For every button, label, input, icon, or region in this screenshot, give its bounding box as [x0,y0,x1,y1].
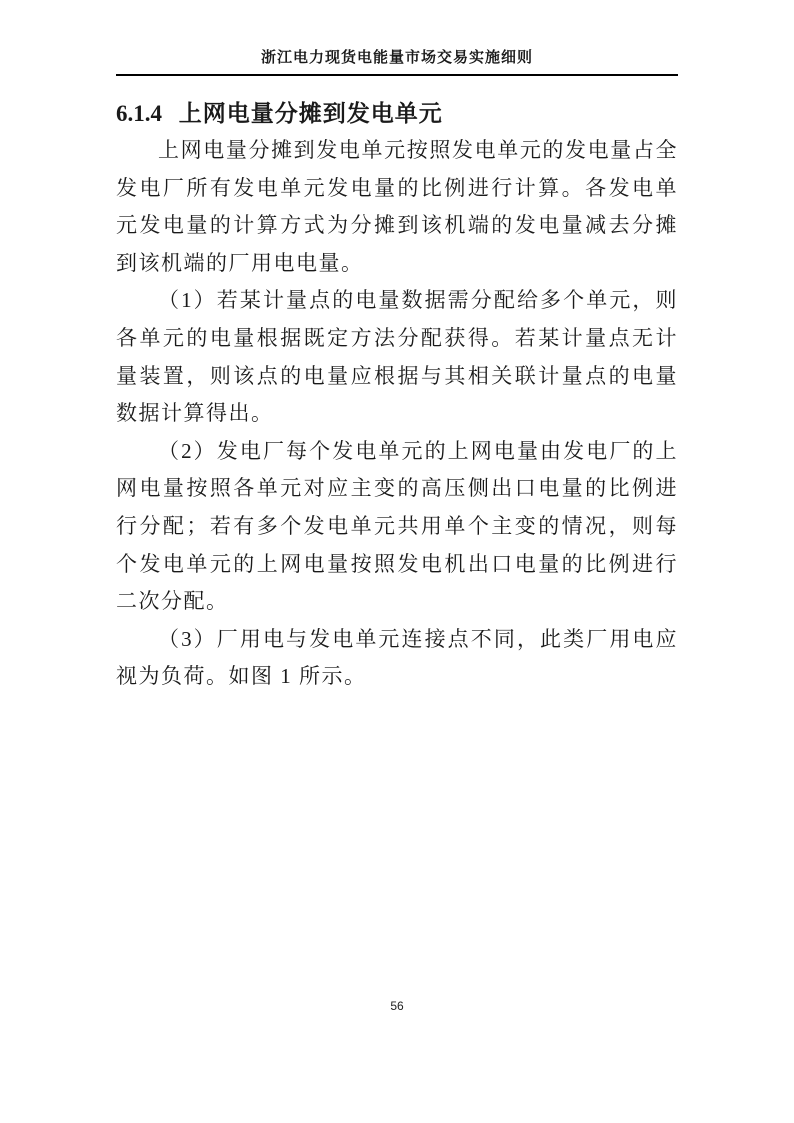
body-paragraph: （2）发电厂每个发电单元的上网电量由发电厂的上网电量按照各单元对应主变的高压侧出… [116,433,678,621]
section-heading: 6.1.4 上网电量分摊到发电单元 [116,100,678,128]
page-number: 56 [390,999,403,1013]
body-paragraph: 上网电量分摊到发电单元按照发电单元的发电量占全发电厂所有发电单元发电量的比例进行… [116,132,678,282]
body-paragraph: （1）若某计量点的电量数据需分配给多个单元，则各单元的电量根据既定方法分配获得。… [116,282,678,432]
section-heading-title: 上网电量分摊到发电单元 [179,101,443,126]
header-title: 浙江电力现货电能量市场交易实施细则 [261,50,533,66]
section-heading-number: 6.1.4 [116,101,162,126]
document-page: 浙江电力现货电能量市场交易实施细则 6.1.4 上网电量分摊到发电单元 上网电量… [0,0,794,1123]
page-content: 6.1.4 上网电量分摊到发电单元 上网电量分摊到发电单元按照发电单元的发电量占… [116,100,678,696]
body-paragraph: （3）厂用电与发电单元连接点不同，此类厂用电应视为负荷。如图 1 所示。 [116,621,678,696]
page-footer: 56 [0,998,794,1014]
page-header: 浙江电力现货电能量市场交易实施细则 [116,48,678,76]
